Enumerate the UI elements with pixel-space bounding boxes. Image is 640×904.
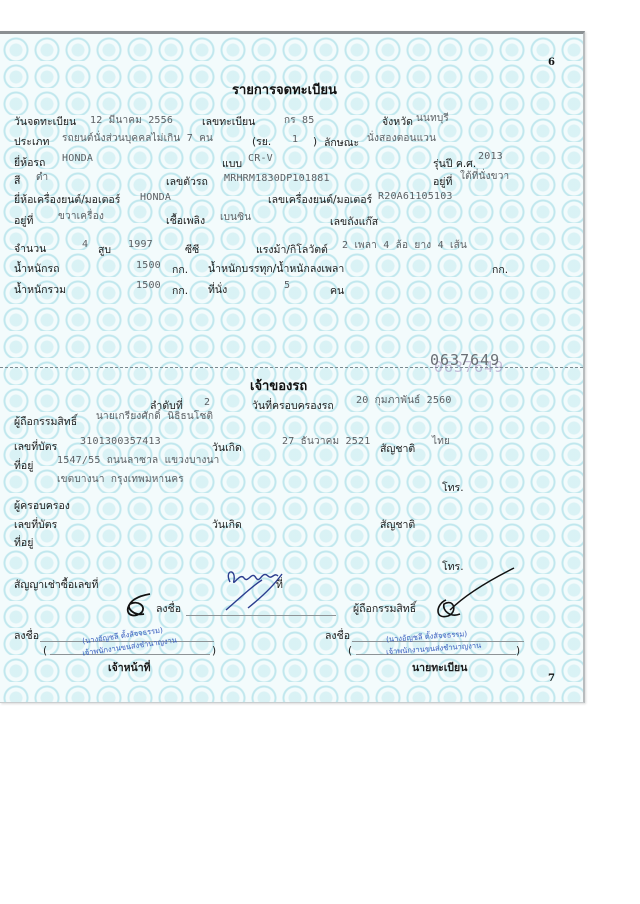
registrar-sign-label: ลงชื่อ [325,630,350,643]
holder-value: นายเกรียงศักดิ์ นิธิธนโชติ [96,410,213,423]
count-label: จำนวน [14,243,46,256]
id2-label: เลขที่บัตร [14,519,57,532]
rs-label: (รย. [252,136,271,149]
dob2-label: วันเกิด [212,519,242,532]
holder-label: ผู้ถือกรรมสิทธิ์ [14,416,77,429]
rs-close: ) [313,136,317,149]
officer-paren-open: ( [43,645,47,658]
chassis-loc-value: ใต้ที่นั่งขวา [460,170,509,183]
holder-sign-line [186,615,336,616]
engine-no-value: R20A61105103 [378,190,453,203]
chassis-label: เลขตัวรถ [166,176,208,189]
province-value: นนทบุรี [416,112,449,125]
gross-weight-unit: กก. [172,285,188,298]
officer-signature [120,592,160,620]
page-number-top: 6 [548,56,555,69]
nationality-value: ไทย [432,435,450,448]
address2-label: ที่อยู่ [14,537,33,550]
address-label: ที่อยู่ [14,460,33,473]
fold-line [0,367,583,369]
holder-sign-title: ผู้ถือกรรมสิทธิ์ [353,603,416,616]
weight-value: 1500 [136,259,161,272]
color-label: สี [14,175,20,188]
style-label: ลักษณะ [324,137,359,150]
reg-date-value: 12 มีนาคม 2556 [90,114,173,127]
cylinder-unit: สูบ [98,244,111,257]
dob-value: 27 ธันวาคม 2521 [282,435,370,448]
tel-label: โทร. [442,482,464,495]
cylinders-value: 4 [82,238,88,251]
seats-value: 5 [284,279,290,292]
brand-value: HONDA [62,152,93,165]
engine-brand-label: ยี่ห้อเครื่องยนต์/มอเตอร์ [14,194,120,207]
serial-number: 0637649 [430,354,500,367]
address-line1: 1547/55 ถนนลาซาล แขวงบางนา [57,454,219,467]
registration-title: รายการจดทะเบียน [232,84,337,97]
registrar-paren-open: ( [348,645,352,658]
officer-name-line [50,654,210,655]
horsepower-label: แรงม้า/กิโลวัตต์ [256,244,328,257]
nationality2-label: สัญชาติ [380,519,415,532]
year-value: 2013 [478,150,503,163]
persons-unit: คน [330,285,344,298]
id-value: 3101300357413 [80,435,161,448]
weight-unit: กก. [172,264,188,277]
sig-suffix: ที่ [276,579,283,592]
plate-label: เลขทะเบียน [202,116,255,129]
load-label: น้ำหนักบรรทุก/น้ำหนักลงเพลา [208,263,344,276]
model-label: แบบ [222,158,242,171]
nationality-label: สัญชาติ [380,443,415,456]
load-unit: กก. [492,264,508,277]
gas-tank-label: เลขถังแก๊ส [330,216,378,229]
cc-unit: ซีซี [185,244,199,257]
lease-contract-label: สัญญาเช่าซื้อเลขที่ [14,579,98,592]
possession-date-value: 20 กุมภาพันธ์ 2560 [356,394,452,407]
gross-weight-value: 1500 [136,279,161,292]
registrar-title: นายทะเบียน [412,662,467,675]
registrar-paren-close: ) [516,645,520,658]
engine-loc-value: ขวาเครื่อง [58,210,104,223]
type-value: รถยนต์นั่งส่วนบุคคลไม่เกิน 7 คน [62,132,213,145]
officer-title: เจ้าหน้าที่ [108,662,151,675]
rs-value: 1 [292,133,298,146]
seq-value: 2 [204,396,210,409]
plate-value: กร 85 [284,114,315,127]
registration-document: 6 รายการจดทะเบียน วันจดทะเบียน 12 มีนาคม… [0,31,585,703]
engine-brand-value: HONDA [140,191,171,204]
possessor-label: ผู้ครอบครอง [14,500,70,513]
brand-label: ยี่ห้อรถ [14,157,45,170]
style-value: นั่งสองตอนแวน [367,132,436,145]
reg-date-label: วันจดทะเบียน [14,116,76,129]
province-label: จังหวัด [382,116,413,129]
officer-paren-close: ) [212,645,216,658]
chassis-value: MRHRM1830DP101881 [224,172,330,185]
id-label: เลขที่บัตร [14,441,57,454]
seats-label: ที่นั่ง [208,284,227,297]
cc-value: 1997 [128,238,153,251]
color-value: ดำ [36,171,48,184]
axles-value: 2 เพลา 4 ล้อ ยาง 4 เส้น [342,239,467,252]
fuel-value: เบนซิน [220,211,251,224]
engine-loc-label: อยู่ที่ [14,215,33,228]
engine-no-label: เลขเครื่องยนต์/มอเตอร์ [268,194,372,207]
owner-title: เจ้าของรถ [250,380,307,393]
fuel-label: เชื้อเพลิง [166,215,205,228]
model-value: CR-V [248,152,273,165]
type-label: ประเภท [14,136,49,149]
weight-label: น้ำหนักรถ [14,263,60,276]
page-number-bottom: 7 [548,672,555,685]
possession-date-label: วันที่ครอบครองรถ [252,400,334,413]
address-line2: เขตบางนา กรุงเทพมหานคร [57,473,184,486]
chassis-loc-label: อยู่ที่ [433,176,452,189]
registrar-signature [430,564,520,624]
gross-weight-label: น้ำหนักรวม [14,284,66,297]
officer-sign-label: ลงชื่อ [14,630,39,643]
